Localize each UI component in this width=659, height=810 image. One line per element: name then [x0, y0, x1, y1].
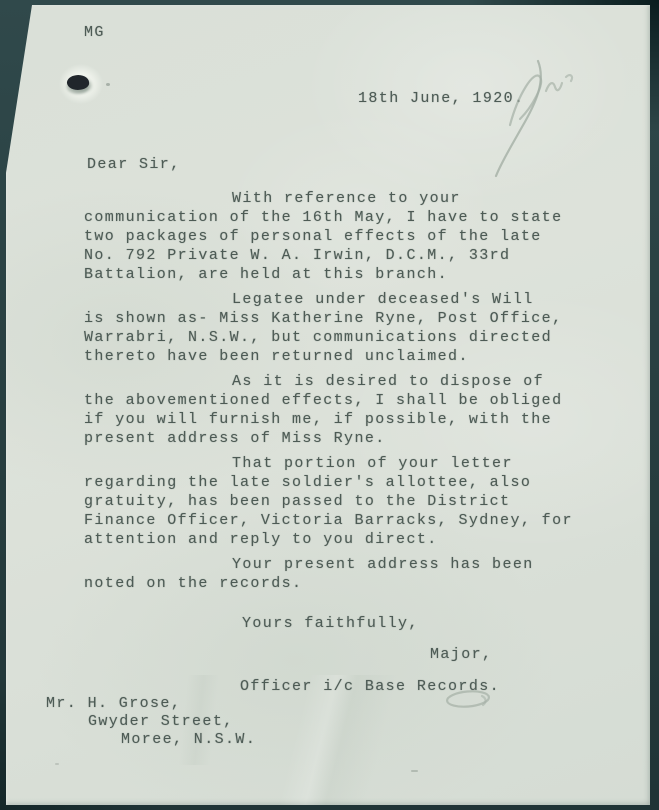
- letter-line: Your present address has been: [84, 555, 624, 574]
- paragraph-3: As it is desired to dispose of the above…: [84, 372, 624, 448]
- signature-rank: Major,: [430, 646, 492, 663]
- paragraph-1: With reference to your communication of …: [84, 189, 624, 284]
- paragraph-2: Legatee under deceased's Will is shown a…: [84, 290, 624, 366]
- paragraph-5: Your present address has been noted on t…: [84, 555, 624, 593]
- paper-speck: [106, 83, 110, 86]
- closing: Yours faithfully,: [242, 615, 419, 632]
- letter-line: two packages of personal effects of the …: [84, 227, 624, 246]
- letter-line: thereto have been returned unclaimed.: [84, 347, 624, 366]
- letter-line: attention and reply to you direct.: [84, 530, 624, 549]
- signature-title: Officer i/c Base Records.: [240, 678, 500, 695]
- paper-speck: [55, 763, 59, 765]
- letter-line: if you will furnish me, if possible, wit…: [84, 410, 624, 429]
- paper-speck: [411, 770, 418, 772]
- letter-line: communication of the 16th May, I have to…: [84, 208, 624, 227]
- addressee-street: Gwyder Street,: [88, 713, 234, 730]
- addressee-town: Moree, N.S.W.: [121, 731, 256, 748]
- letter-date: 18th June, 1920.: [358, 90, 524, 107]
- letter-line: regarding the late soldier's allottee, a…: [84, 473, 624, 492]
- letter-line: present address of Miss Ryne.: [84, 429, 624, 448]
- letter-line: As it is desired to dispose of: [84, 372, 624, 391]
- addressee-name: Mr. H. Grose,: [46, 695, 181, 712]
- letter-line: Legatee under deceased's Will: [84, 290, 624, 309]
- letter-line: That portion of your letter: [84, 454, 624, 473]
- letter-line: the abovementioned effects, I shall be o…: [84, 391, 624, 410]
- typist-initials: MG: [84, 24, 105, 41]
- letter-line: No. 792 Private W. A. Irwin, D.C.M., 33r…: [84, 246, 624, 265]
- salutation: Dear Sir,: [87, 156, 181, 173]
- letter-line: Warrabri, N.S.W., but communications dir…: [84, 328, 624, 347]
- letter-line: Finance Officer, Victoria Barracks, Sydn…: [84, 511, 624, 530]
- letter-body: With reference to your communication of …: [84, 189, 624, 599]
- letter-line: gratuity, has been passed to the Distric…: [84, 492, 624, 511]
- paragraph-4: That portion of your letter regarding th…: [84, 454, 624, 549]
- letter-line: With reference to your: [84, 189, 624, 208]
- letter-line: noted on the records.: [84, 574, 624, 593]
- letter-line: Battalion, are held at this branch.: [84, 265, 624, 284]
- scanned-letter-page: MG 18th June, 1920. Dear Sir, With refer…: [0, 0, 659, 810]
- letter-line: is shown as- Miss Katherine Ryne, Post O…: [84, 309, 624, 328]
